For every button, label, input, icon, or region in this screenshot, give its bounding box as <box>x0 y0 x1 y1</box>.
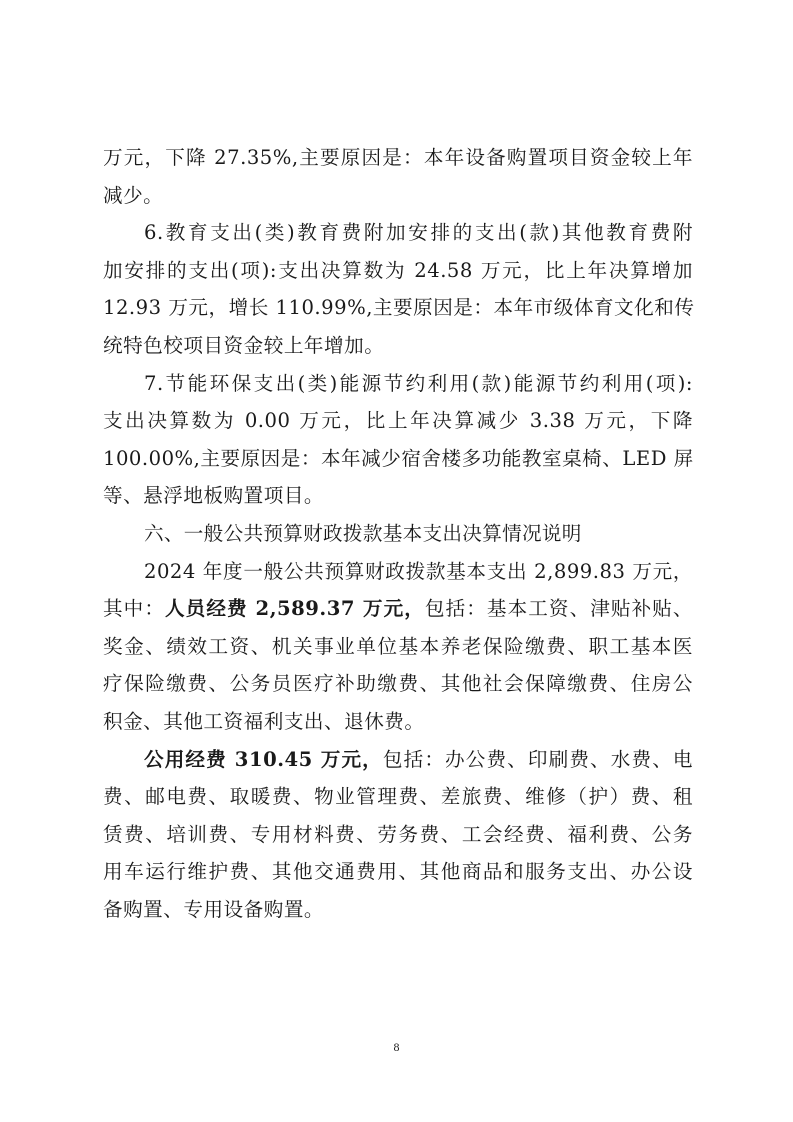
public-expense-line: 用车运行维护费、其他交通费用、其他商品和服务支出、办公设 <box>103 853 693 891</box>
public-expense-amount: 公用经费 310.45 万元， <box>144 748 383 771</box>
paragraph-line: 减少。 <box>103 177 693 215</box>
basic-expense-line: 奖金、绩效工资、机关事业单位基本养老保险缴费、职工基本医 <box>103 628 693 666</box>
personnel-expense-amount: 人员经费 2,589.37 万元， <box>165 597 425 620</box>
public-expense-suffix: 包括：办公费、印刷费、水费、电 <box>383 748 693 771</box>
paragraph-item-6-line: 12.93 万元，增长 110.99%,主要原因是：本年市级体育文化和传 <box>103 289 693 327</box>
basic-expense-line: 2024 年度一般公共预算财政拨款基本支出 2,899.83 万元， <box>103 553 693 591</box>
page-body: 万元，下降 27.35%,主要原因是：本年设备购置项目资金较上年 减少。 6.教… <box>103 139 693 928</box>
paragraph-item-7-line: 支出决算数为 0.00 万元，比上年决算减少 3.38 万元，下降 <box>103 402 693 440</box>
document-page: 万元，下降 27.35%,主要原因是：本年设备购置项目资金较上年 减少。 6.教… <box>0 0 793 1122</box>
basic-expense-line: 积金、其他工资福利支出、退休费。 <box>103 703 693 741</box>
basic-expense-line: 疗保险缴费、公务员医疗补助缴费、其他社会保障缴费、住房公 <box>103 665 693 703</box>
paragraph-item-7-line: 等、悬浮地板购置项目。 <box>103 477 693 515</box>
public-expense-line: 公用经费 310.45 万元，包括：办公费、印刷费、水费、电 <box>103 741 693 779</box>
paragraph-item-6-line: 统特色校项目资金较上年增加。 <box>103 327 693 365</box>
basic-expense-suffix: 包括：基本工资、津贴补贴、 <box>425 597 693 620</box>
paragraph-item-7-line: 100.00%,主要原因是：本年减少宿舍楼多功能教室桌椅、LED 屏 <box>103 440 693 478</box>
paragraph-item-6-line: 6.教育支出(类)教育费附加安排的支出(款)其他教育费附 <box>103 214 693 252</box>
public-expense-line: 备购置、专用设备购置。 <box>103 891 693 929</box>
paragraph-line: 万元，下降 27.35%,主要原因是：本年设备购置项目资金较上年 <box>103 139 693 177</box>
page-number: 8 <box>0 1040 793 1055</box>
paragraph-item-7-line: 7.节能环保支出(类)能源节约利用(款)能源节约利用(项): <box>103 365 693 403</box>
public-expense-line: 费、邮电费、取暖费、物业管理费、差旅费、维修（护）费、租 <box>103 778 693 816</box>
basic-expense-prefix: 其中： <box>103 597 165 620</box>
basic-expense-line: 其中：人员经费 2,589.37 万元，包括：基本工资、津贴补贴、 <box>103 590 693 628</box>
section-heading: 六、一般公共预算财政拨款基本支出决算情况说明 <box>103 515 693 553</box>
public-expense-line: 赁费、培训费、专用材料费、劳务费、工会经费、福利费、公务 <box>103 816 693 854</box>
paragraph-item-6-line: 加安排的支出(项):支出决算数为 24.58 万元，比上年决算增加 <box>103 252 693 290</box>
